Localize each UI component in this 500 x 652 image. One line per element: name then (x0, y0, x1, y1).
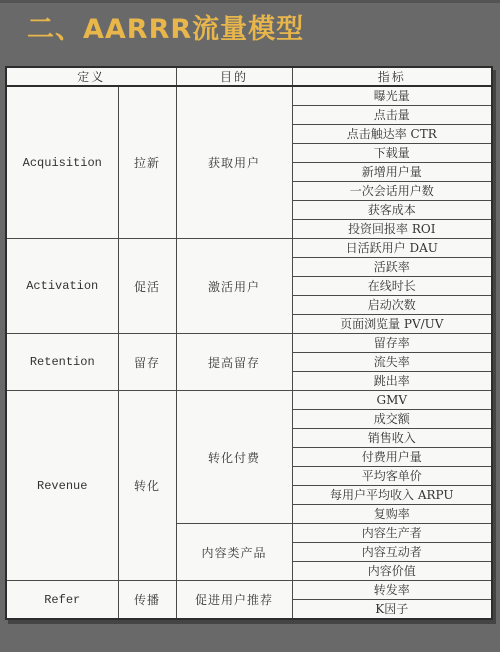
metric-cell: 每用户平均收入 ARPU (292, 486, 492, 505)
metric-cell: 活跃率 (292, 258, 492, 277)
metric-cell: 留存率 (292, 334, 492, 353)
metric-cell: GMV (292, 391, 492, 410)
metric-cell: 复购率 (292, 505, 492, 524)
header-row: 定义 目的 指标 (6, 67, 492, 86)
term-cn-cell: 促活 (118, 239, 176, 334)
metric-cell: 销售收入 (292, 429, 492, 448)
metric-cell: 新增用户量 (292, 163, 492, 182)
metric-cell: 付费用户量 (292, 448, 492, 467)
purpose-cell: 提高留存 (176, 334, 292, 391)
term-cn-cell: 传播 (118, 581, 176, 620)
purpose-cell: 转化付费 (176, 391, 292, 524)
purpose-cell: 激活用户 (176, 239, 292, 334)
metric-cell: K因子 (292, 600, 492, 620)
table-row: Refer传播促进用户推荐转发率 (6, 581, 492, 600)
page-title: 二、AARRR流量模型 (27, 12, 304, 48)
metric-cell: 内容价值 (292, 562, 492, 581)
purpose-cell: 促进用户推荐 (176, 581, 292, 620)
metric-cell: 点击量 (292, 106, 492, 125)
metric-cell: 平均客单价 (292, 467, 492, 486)
metric-cell: 获客成本 (292, 201, 492, 220)
table-header: 定义 目的 指标 (6, 67, 492, 86)
term-cn-cell: 转化 (118, 391, 176, 581)
metric-cell: 转发率 (292, 581, 492, 600)
table-row: Retention留存提高留存留存率 (6, 334, 492, 353)
metric-cell: 内容生产者 (292, 524, 492, 543)
term-cell: Retention (6, 334, 118, 391)
term-cell: Acquisition (6, 86, 118, 239)
table-row: Revenue转化转化付费GMV (6, 391, 492, 410)
metric-cell: 启动次数 (292, 296, 492, 315)
metric-cell: 日活跃用户 DAU (292, 239, 492, 258)
term-cell: Activation (6, 239, 118, 334)
header-cell-purpose: 目的 (176, 67, 292, 86)
metric-cell: 投资回报率 ROI (292, 220, 492, 239)
aarrr-table: 定义 目的 指标 Acquisition拉新获取用户曝光量点击量点击触达率 CT… (5, 66, 493, 620)
term-cell: Revenue (6, 391, 118, 581)
header-cell-metric: 指标 (292, 67, 492, 86)
metric-cell: 内容互动者 (292, 543, 492, 562)
table-body: Acquisition拉新获取用户曝光量点击量点击触达率 CTR下载量新增用户量… (6, 86, 492, 619)
purpose-cell: 获取用户 (176, 86, 292, 239)
metric-cell: 跳出率 (292, 372, 492, 391)
metric-cell: 在线时长 (292, 277, 492, 296)
metric-cell: 一次会话用户数 (292, 182, 492, 201)
table-row: Acquisition拉新获取用户曝光量 (6, 86, 492, 106)
term-cell: Refer (6, 581, 118, 620)
metric-cell: 点击触达率 CTR (292, 125, 492, 144)
page-top-edge (0, 0, 500, 3)
metric-cell: 曝光量 (292, 86, 492, 106)
metric-cell: 页面浏览量 PV/UV (292, 315, 492, 334)
aarrr-table-container: 定义 目的 指标 Acquisition拉新获取用户曝光量点击量点击触达率 CT… (5, 66, 491, 620)
term-cn-cell: 拉新 (118, 86, 176, 239)
metric-cell: 下载量 (292, 144, 492, 163)
metric-cell: 成交额 (292, 410, 492, 429)
metric-cell: 流失率 (292, 353, 492, 372)
purpose-cell: 内容类产品 (176, 524, 292, 581)
header-cell-definition: 定义 (6, 67, 176, 86)
table-row: Activation促活激活用户日活跃用户 DAU (6, 239, 492, 258)
term-cn-cell: 留存 (118, 334, 176, 391)
